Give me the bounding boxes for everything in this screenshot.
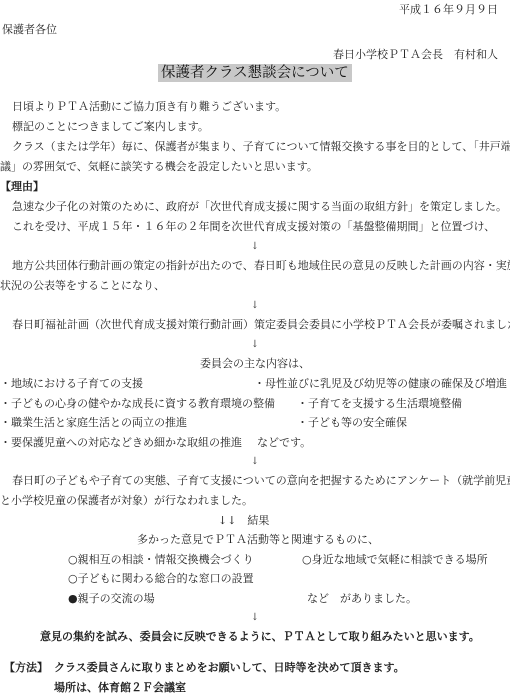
intro-paragraph-1: 日頃よりＰＴＡ活動にご協力頂き有り難うございます。 — [12, 97, 286, 116]
committee-item: ・職業生活と家庭生活との両立の推進 — [0, 413, 187, 432]
reason-heading: 【理由】 — [0, 177, 44, 196]
result-item: ○身近な地域で気軽に相談できる場所 — [302, 550, 488, 569]
committee-item: ・子ども等の安全確保 — [297, 413, 407, 432]
reason-line-4: 春日町福祉計画（次世代育成支援対策行動計画）策定委員会委員に小学校ＰＴＡ会長が委… — [12, 315, 510, 334]
sender: 春日小学校ＰＴＡ会長 有村和人 — [333, 45, 498, 64]
intro-paragraph-3-line-2: 議」の雰囲気で、気軽に談笑する機会を設定したいと思います。 — [0, 157, 318, 176]
result-item: ○親相互の相談・情報交換機会づくり — [68, 550, 254, 569]
committee-item: ・母性並びに乳児及び幼児等の健康の確保及び増進 — [254, 374, 507, 393]
committee-item: ・要保護児童への対応などきめ細かな取組の推進 — [0, 433, 242, 452]
down-arrow-icon: ↓ — [0, 452, 510, 471]
committee-item: ・地域における子育ての支援 — [0, 374, 143, 393]
recipient: 保護者各位 — [2, 20, 57, 39]
reason-line-3b: 状況の公表等をすることになり、 — [0, 276, 165, 295]
survey-line-1: 春日町の子どもや子育ての実態、子育て支援についての意向を把握するためにアンケート… — [12, 471, 510, 490]
survey-line-2: と小学校児童の保護者が対象）が行なわれました。 — [0, 491, 253, 510]
committee-item: ・子どもの心身の健やかな成長に資する教育環境の整備 — [0, 394, 275, 413]
document-title: 保護者クラス懇談会について — [158, 64, 352, 82]
reason-line-1: 急速な少子化の対策のために、政府が「次世代育成支援に関する当面の取組方針」を策定… — [12, 197, 507, 216]
committee-item: ・子育てを支援する生活環境整備 — [297, 394, 462, 413]
down-arrow-icon: ↓ — [0, 237, 510, 256]
committee-intro: 委員会の主な内容は、 — [0, 354, 510, 373]
committee-item-suffix: などです。 — [257, 433, 311, 452]
date: 平成１６年９月９日 — [399, 0, 498, 19]
method-heading: 【方法】 — [4, 658, 48, 677]
result-item: ○子どもに関わる総合的な窓口の設置 — [68, 569, 254, 588]
down-arrow-icon: ↓ — [0, 296, 510, 315]
method-line-2: 場所は、体育館２Ｆ会議室 — [54, 678, 186, 697]
reason-line-3a: 地方公共団体行動計画の策定の指針が出たので、春日町も地域住民の意見の反映した計画… — [12, 256, 510, 275]
intro-paragraph-2: 標記のことにつきましてご案内します。 — [12, 117, 209, 136]
down-arrow-icon: ↓ — [0, 335, 510, 354]
intro-paragraph-3-line-1: クラス（または学年）毎に、保護者が集まり、子育てについて情報交換する事を目的とし… — [12, 137, 510, 156]
result-item: ●親子の交流の場 — [68, 589, 155, 608]
reason-line-2: これを受け、平成１５年・１６年の２年間を次世代育成支援対策の「基盤整備期間」と位… — [12, 217, 495, 236]
method-line-1: クラス委員さんに取りまとめをお願いして、日時等を決めて頂きます。 — [54, 658, 405, 677]
conclusion: 意見の集約を試み、委員会に反映できるように、ＰＴＡとして取り組みたいと思います。 — [40, 627, 480, 646]
result-label: ↓↓ 結果 — [218, 511, 269, 530]
down-arrow-icon: ↓ — [0, 608, 510, 627]
result-suffix: など がありました。 — [307, 589, 417, 608]
result-intro: 多かった意見でＰＴＡ活動等と関連するものに、 — [137, 530, 379, 549]
